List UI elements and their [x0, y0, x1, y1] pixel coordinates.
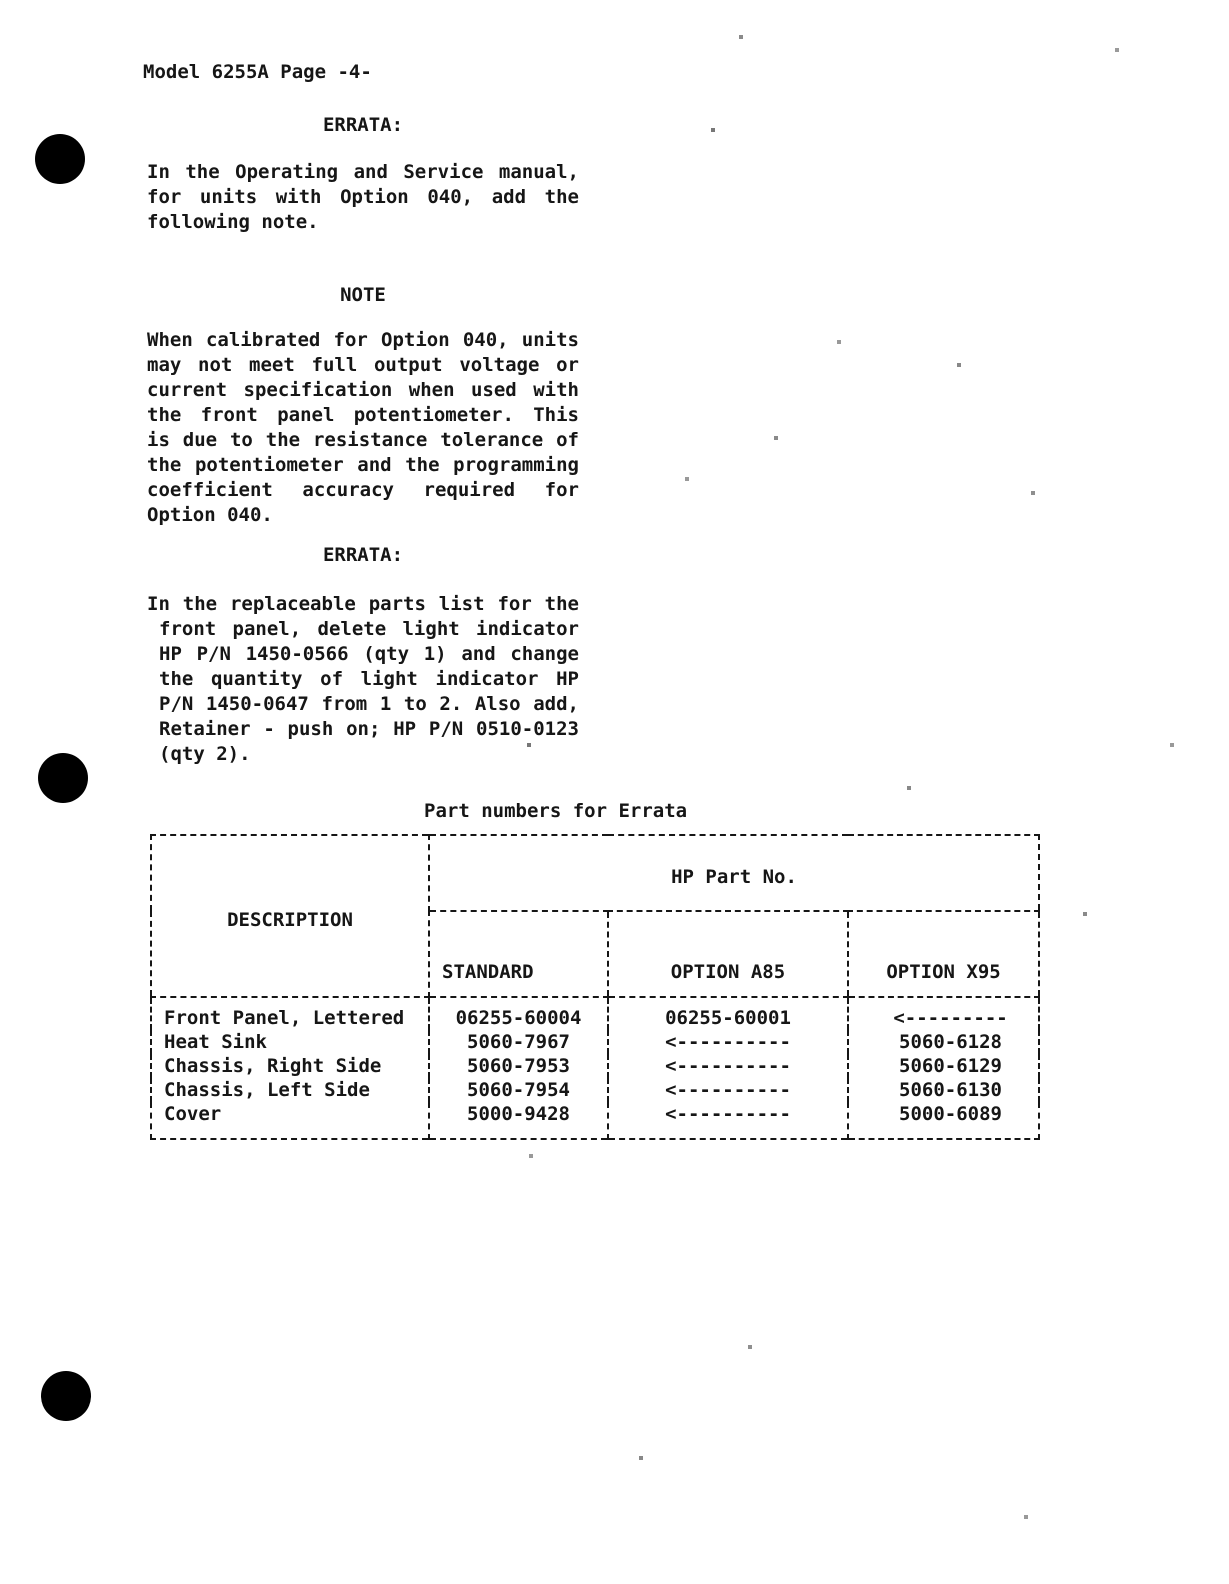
parts-table: DESCRIPTION HP Part No. STANDARD OPTION … [150, 834, 1040, 1140]
paragraph-line: following note. [147, 210, 579, 235]
paragraph-line: HP P/N 1450-0566 (qty 1) and change [147, 642, 579, 667]
cell-option-x95: 5000-6089 [848, 1102, 1039, 1139]
column-header-option-a85: OPTION A85 [608, 911, 848, 997]
cell-description: Chassis, Left Side [151, 1078, 429, 1102]
cell-standard: 5060-7953 [429, 1054, 608, 1078]
paragraph-line: (qty 2). [147, 742, 579, 767]
paragraph-line: the quantity of light indicator HP [147, 667, 579, 692]
table-row: Heat Sink 5060-7967 <---------- 5060-612… [151, 1030, 1039, 1054]
paragraph-line: In the replaceable parts list for the [147, 592, 579, 617]
hole-punch-dot [35, 134, 85, 184]
cell-description: Chassis, Right Side [151, 1054, 429, 1078]
group-header-hp-part-no: HP Part No. [429, 835, 1039, 911]
paragraph-line: P/N 1450-0647 from 1 to 2. Also add, [147, 692, 579, 717]
errata-heading-1: ERRATA: [147, 113, 579, 138]
hole-punch-dot [41, 1371, 91, 1421]
cell-option-a85: <---------- [608, 1102, 848, 1139]
cell-description: Heat Sink [151, 1030, 429, 1054]
paragraph-line: Option 040. [147, 503, 579, 528]
intro-paragraph: In the Operating and Service manual, for… [147, 160, 579, 235]
cell-option-a85: <---------- [608, 1030, 848, 1054]
table-row: Chassis, Right Side 5060-7953 <---------… [151, 1054, 1039, 1078]
parts-table-container: DESCRIPTION HP Part No. STANDARD OPTION … [150, 834, 1040, 1140]
table-row: Chassis, Left Side 5060-7954 <----------… [151, 1078, 1039, 1102]
scan-noise [0, 0, 2, 2]
paragraph-line: current specification when used with [147, 378, 579, 403]
page-header: Model 6255A Page -4- [143, 60, 372, 85]
cell-standard: 5000-9428 [429, 1102, 608, 1139]
hole-punch-dot [38, 753, 88, 803]
cell-option-a85: <---------- [608, 1078, 848, 1102]
cell-option-x95: <--------- [848, 997, 1039, 1030]
cell-option-x95: 5060-6130 [848, 1078, 1039, 1102]
column-header-option-x95: OPTION X95 [848, 911, 1039, 997]
note-heading: NOTE [147, 283, 579, 308]
cell-option-a85: 06255-60001 [608, 997, 848, 1030]
cell-standard: 06255-60004 [429, 997, 608, 1030]
cell-option-a85: <---------- [608, 1054, 848, 1078]
table-row: Cover 5000-9428 <---------- 5000-6089 [151, 1102, 1039, 1139]
paragraph-line: may not meet full output voltage or [147, 353, 579, 378]
paragraph-line: When calibrated for Option 040, units [147, 328, 579, 353]
cell-description: Front Panel, Lettered [151, 997, 429, 1030]
scanned-document-page: Model 6255A Page -4- ERRATA: In the Oper… [0, 0, 1229, 1584]
errata-heading-2: ERRATA: [147, 543, 579, 568]
cell-description: Cover [151, 1102, 429, 1139]
errata-paragraph: In the replaceable parts list for the fr… [147, 592, 579, 767]
paragraph-line: for units with Option 040, add the [147, 185, 579, 210]
cell-standard: 5060-7954 [429, 1078, 608, 1102]
paragraph-line: is due to the resistance tolerance of [147, 428, 579, 453]
paragraph-line: Retainer - push on; HP P/N 0510-0123 [147, 717, 579, 742]
paragraph-line: In the Operating and Service manual, [147, 160, 579, 185]
cell-option-x95: 5060-6128 [848, 1030, 1039, 1054]
paragraph-line: coefficient accuracy required for [147, 478, 579, 503]
table-title: Part numbers for Errata [424, 799, 687, 824]
note-paragraph: When calibrated for Option 040, units ma… [147, 328, 579, 528]
paragraph-line: the potentiometer and the programming [147, 453, 579, 478]
column-header-standard: STANDARD [429, 911, 608, 997]
cell-option-x95: 5060-6129 [848, 1054, 1039, 1078]
paragraph-line: front panel, delete light indicator [147, 617, 579, 642]
cell-standard: 5060-7967 [429, 1030, 608, 1054]
table-row: Front Panel, Lettered 06255-60004 06255-… [151, 997, 1039, 1030]
paragraph-line: the front panel potentiometer. This [147, 403, 579, 428]
column-header-description: DESCRIPTION [151, 835, 429, 997]
